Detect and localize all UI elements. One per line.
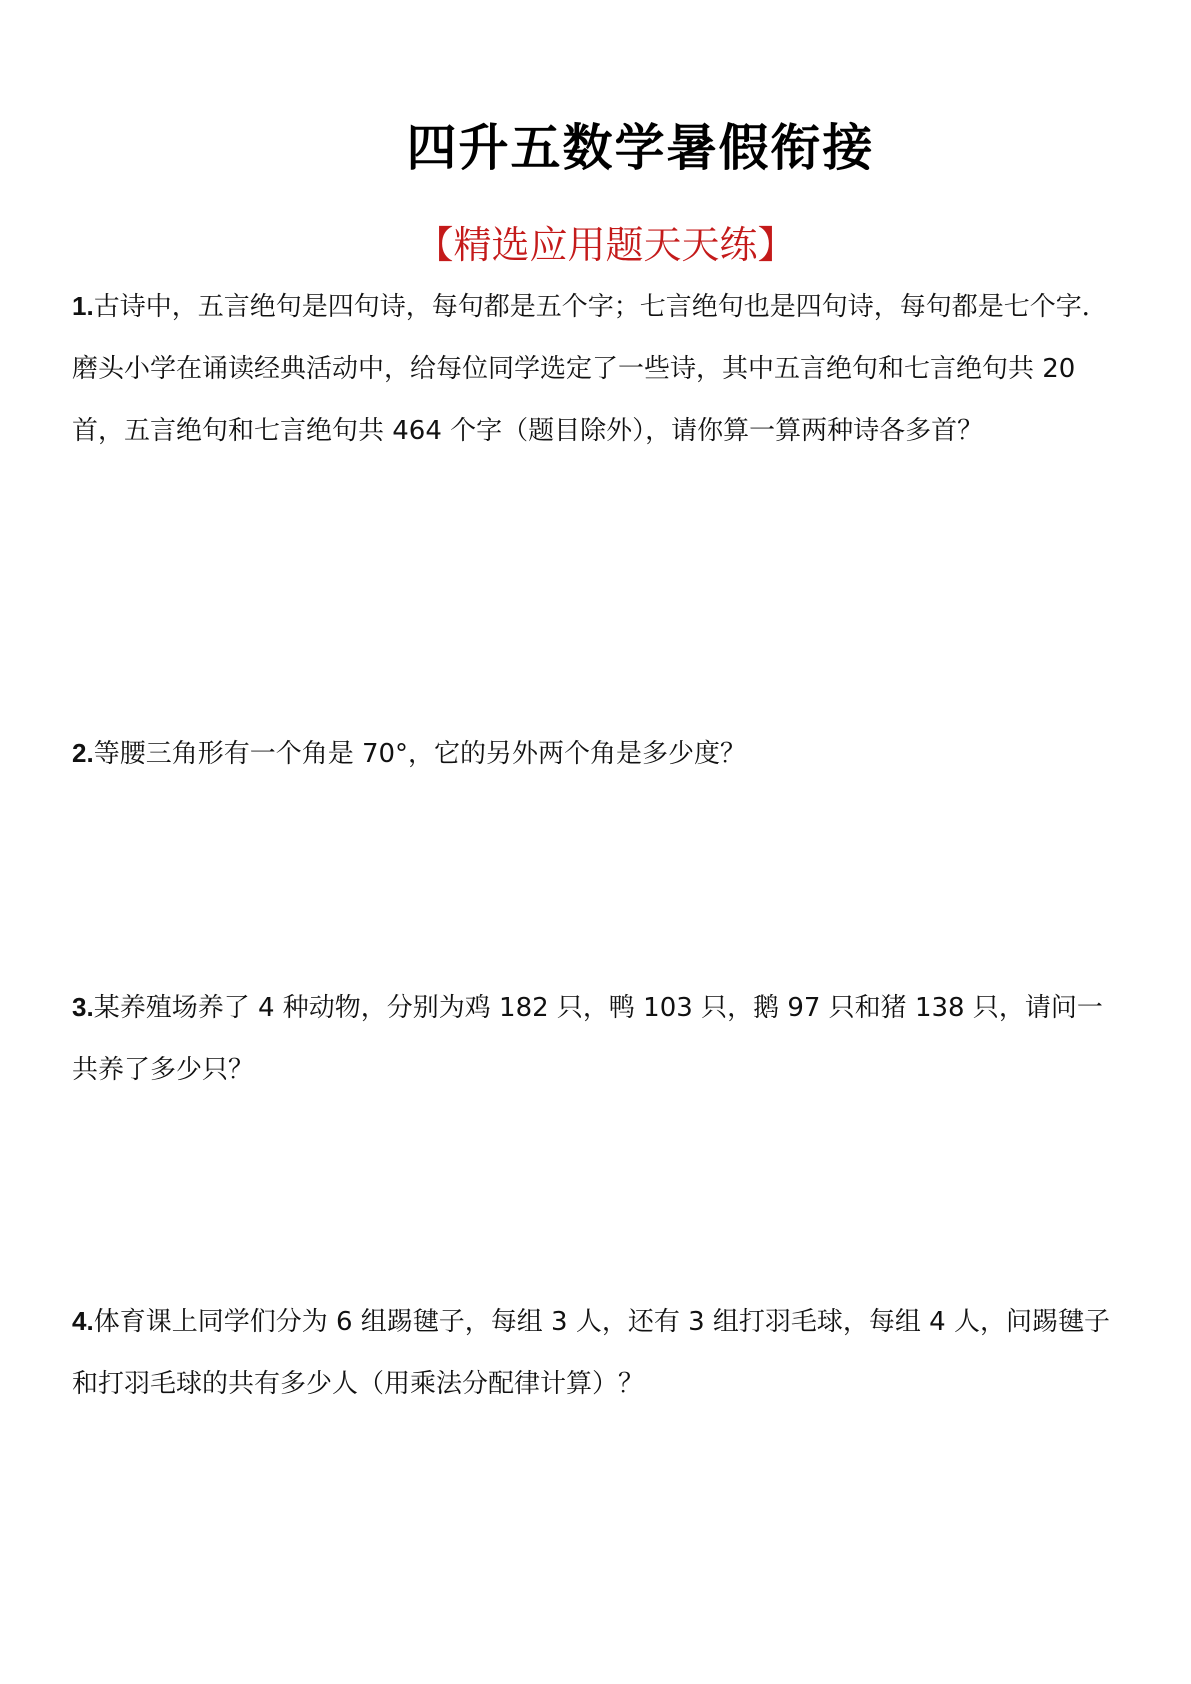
question-number: 1. bbox=[72, 291, 94, 321]
question-1: 1.古诗中，五言绝句是四句诗，每句都是五个字；七言绝句也是四句诗，每句都是七个字… bbox=[72, 275, 1122, 462]
question-2: 2.等腰三角形有一个角是 70°，它的另外两个角是多少度？ bbox=[72, 722, 1122, 785]
question-4: 4.体育课上同学们分为 6 组踢毽子，每组 3 人，还有 3 组打羽毛球，每组 … bbox=[72, 1290, 1122, 1415]
page-title: 四升五数学暑假衔接 bbox=[0, 108, 1191, 180]
question-number: 3. bbox=[72, 992, 94, 1022]
question-number: 4. bbox=[72, 1306, 94, 1336]
question-text: 古诗中，五言绝句是四句诗，每句都是五个字；七言绝句也是四句诗，每句都是七个字．磨… bbox=[72, 292, 1108, 446]
question-text: 某养殖场养了 4 种动物，分别为鸡 182 只，鸭 103 只，鹅 97 只和猪… bbox=[72, 993, 1103, 1085]
question-number: 2. bbox=[72, 738, 94, 768]
page-subtitle: 【精选应用题天天练】 bbox=[0, 214, 1191, 269]
question-text: 等腰三角形有一个角是 70°，它的另外两个角是多少度？ bbox=[94, 739, 746, 769]
question-text: 体育课上同学们分为 6 组踢毽子，每组 3 人，还有 3 组打羽毛球，每组 4 … bbox=[72, 1307, 1110, 1399]
question-3: 3.某养殖场养了 4 种动物，分别为鸡 182 只，鸭 103 只，鹅 97 只… bbox=[72, 976, 1122, 1101]
